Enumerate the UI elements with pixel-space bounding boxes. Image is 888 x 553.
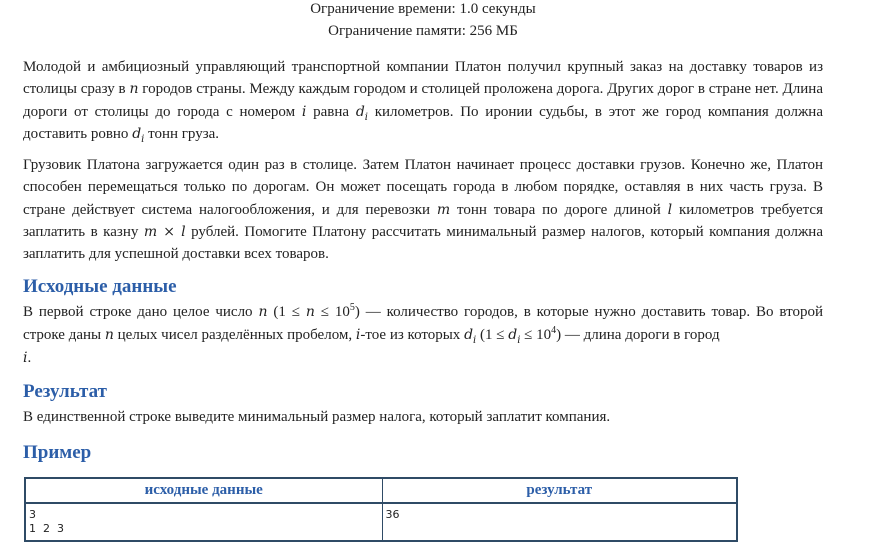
problem-statement: Молодой и амбициозный управляющий трансп… [23,56,823,465]
sample-input-cell[interactable]: 3 1 2 3 [25,503,382,541]
sample-header-output: результат [382,478,737,503]
math-m: m [437,202,450,218]
math-d: di [132,126,144,142]
math-n: n [105,327,114,343]
text-run: (1 ≤ [267,304,305,320]
limits-block: Ограничение времени: 1.0 секунды Огранич… [0,0,888,42]
math-constraint-n: (1 ≤ n ≤ 105) [267,304,359,320]
math-d-base: d [132,126,141,142]
text-run: тонн товара по дороге длиной [450,202,667,218]
legend-paragraph-2: Грузовик Платона загружается один раз в … [23,154,823,265]
math-d: di [356,104,368,120]
sample-header-input: исходные данные [25,478,382,503]
text-run: ≤ 10 [520,327,551,343]
output-heading: Результат [23,380,823,404]
memory-limit: Ограничение памяти: 256 МБ [0,20,888,42]
math-d-base: d [356,104,365,120]
legend-paragraph-1: Молодой и амбициозный управляющий трансп… [23,56,823,145]
text-run: равна [306,104,355,120]
output-description: В единственной строке выведите минимальн… [23,406,823,429]
math-constraint-d: (1 ≤ di ≤ 104) [476,327,561,343]
math-formula: m × l [144,224,186,240]
input-description: В первой строке дано целое число n (1 ≤ … [23,301,823,370]
math-d: di [508,327,520,343]
text-run: (1 ≤ [476,327,508,343]
math-n: n [306,304,315,320]
text-run: — длина дороги в город [561,327,719,343]
math-d-base: d [464,327,473,343]
math-d: di [464,327,476,343]
text-run: . [27,350,31,366]
text-run: -тое из которых [360,327,464,343]
example-heading: Пример [23,441,823,465]
text-run: В первой строке дано целое число [23,304,258,320]
math-d-base: d [508,327,517,343]
sample-table: исходные данные результат 3 1 2 3 36 [24,477,738,542]
input-heading: Исходные данные [23,275,823,299]
time-limit: Ограничение времени: 1.0 секунды [0,0,888,20]
text-run: целых чисел разделённых пробелом, [114,327,356,343]
text-run: ≤ 10 [315,304,350,320]
text-run: тонн груза. [144,126,219,142]
sample-table-header-row: исходные данные результат [25,478,737,503]
table-row: 3 1 2 3 36 [25,503,737,541]
sample-output-cell[interactable]: 36 [382,503,737,541]
